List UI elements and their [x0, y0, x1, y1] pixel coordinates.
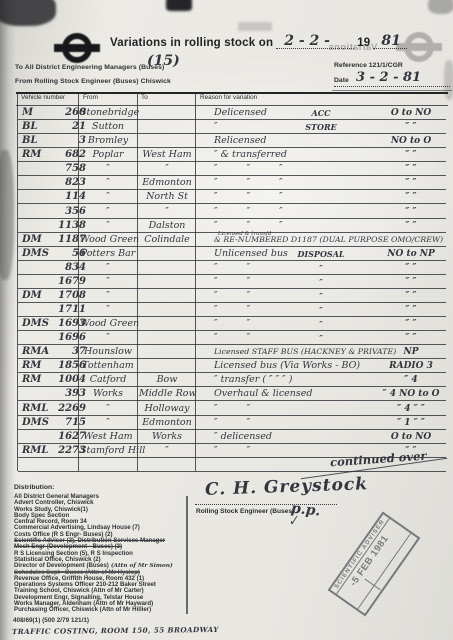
cell-vehicle-number: RMA37	[22, 346, 86, 358]
cell-from: Bromley	[80, 135, 136, 147]
cell-to: Dalston	[139, 220, 195, 232]
printed-year-prefix: 19	[357, 37, 370, 49]
cell-status: ″ ″	[378, 191, 444, 203]
cell-status: ″ ″	[378, 290, 444, 302]
cell-status: ″ 4 ″ ″	[378, 403, 444, 415]
table-row: BL3BromleyRelicensedNO to O	[18, 133, 446, 148]
handwritten-date: 3 - 2 - 81	[356, 70, 421, 85]
cell-to: West Ham	[139, 149, 195, 161]
cell-from: Poplar	[80, 149, 136, 161]
cell-note: ″	[292, 290, 350, 302]
cell-to: Colindale	[139, 234, 195, 246]
distribution-item-text: Schedules Supt - Buses (Attn of Mr Hyslo…	[14, 569, 140, 576]
vehicle-class-code: DM	[22, 290, 42, 302]
cell-reason: Licensed bus (Via Works - BO)	[214, 360, 360, 372]
cell-vehicle-number: RM682	[22, 149, 86, 161]
cell-status: ″ ″	[378, 206, 444, 218]
distribution-item-text: Purchasing Officer, Chiswick (Attn of Mr…	[14, 606, 151, 613]
table-header-row: Vehicle number From To Reason for variat…	[0, 94, 453, 105]
cell-from: Tottenham	[80, 360, 136, 372]
vehicle-class-code: RMA	[22, 346, 49, 358]
handwritten-routing-note: TRAFFIC COSTING, ROOM 150, 55 BROADWAY	[12, 625, 219, 636]
cell-to: ″	[139, 163, 195, 175]
signature: C. H. Greystock	[205, 474, 369, 500]
cell-vehicle-number: DMS715	[22, 417, 86, 429]
cell-reason: ″ ″	[214, 403, 250, 415]
cell-note: ″	[292, 262, 350, 274]
cell-from: ″	[80, 290, 136, 302]
vehicle-class-code: RM	[22, 149, 41, 161]
cell-from: ″	[80, 417, 136, 429]
scan-smudge	[0, 0, 56, 26]
cell-from: Stonebridge	[80, 107, 136, 119]
column-header-vehicle-number: Vehicle number	[21, 94, 65, 101]
table-row: DM1708″″ ″″″ ″	[18, 288, 446, 303]
scan-smudge	[238, 22, 272, 31]
cell-from: West Ham	[80, 431, 136, 443]
cell-reason: ″ delicensed	[214, 431, 272, 443]
cell-vehicle-number: 1627	[22, 431, 86, 443]
cell-reason: Unlicensed bus	[214, 248, 288, 260]
vehicle-class-code: BL	[22, 135, 37, 147]
cell-vehicle-number: 114	[22, 191, 86, 203]
cell-note: ″	[292, 304, 350, 316]
table-row: 114″North St″ ″ ″″ ″	[18, 189, 446, 204]
table-row: 356″″″ ″ ″″ ″	[18, 203, 446, 218]
cell-reason: ″ ″ ″	[214, 177, 283, 189]
date-label: Date	[334, 77, 349, 84]
vehicle-class-code: M	[22, 107, 33, 119]
cell-reason: ″ & transferred	[214, 149, 287, 161]
cell-vehicle-number: RM1004	[22, 374, 86, 386]
table-row: DMS1693Wood Green″ ″″″ ″	[18, 316, 446, 331]
cell-to: Middle Row	[139, 388, 195, 400]
cell-reason-annotation: Licensed & transfd	[218, 231, 271, 237]
cell-status: ″ ″	[378, 220, 444, 232]
cell-reason: ″ ″ ″	[214, 163, 283, 175]
cell-from: ″	[80, 177, 136, 189]
cell-vehicle-number: 1679	[22, 276, 86, 288]
column-header-from: From	[83, 94, 98, 101]
cell-vehicle-number: 1696	[22, 332, 86, 344]
scan-smudge	[428, 0, 453, 14]
from-address-line: From Rolling Stock Engineer (Buses) Chis…	[15, 78, 171, 85]
column-header-reason: Reason for variation	[200, 94, 257, 101]
table-row: 823″Edmonton″ ″ ″″ ″	[18, 175, 446, 190]
cell-from: Wood Green	[80, 318, 136, 330]
document-title-line: Variations in rolling stock on 2 - 2 - 1…	[110, 36, 407, 49]
page-title: Variations in rolling stock on	[110, 37, 273, 49]
vehicle-class-code: RML	[22, 403, 48, 415]
cell-vehicle-number: 758	[22, 163, 86, 175]
cell-from: Potters Bar	[80, 248, 136, 260]
cell-from: ″	[80, 403, 136, 415]
cell-status: ″ ″	[378, 163, 444, 175]
cell-status: O to NO	[378, 431, 444, 443]
reference-number: Reference 121/1/CGR	[334, 62, 403, 69]
cell-from: ″	[80, 262, 136, 274]
cell-from: Wood Green	[80, 234, 136, 246]
cell-vehicle-number: RM1856	[22, 360, 86, 372]
cell-note: ″	[292, 276, 350, 288]
cell-note: ACC	[292, 107, 350, 119]
vehicle-class-code: DM	[22, 234, 42, 246]
cell-reason: ″ ″	[214, 304, 250, 316]
cell-reason: Relicensed	[214, 135, 267, 147]
table-row: RM1004CatfordBow″ transfer ( ″ ″ ″ )″ 4	[18, 372, 446, 387]
cell-reason: Licensed STAFF BUS (HACKNEY & PRIVATE)	[214, 346, 396, 358]
table-row: RM1856TottenhamLicensed bus (Via Works -…	[18, 358, 446, 373]
table-row: DMS715″Edmonton″ ″″ 1 ″ ″	[18, 415, 446, 430]
to-address-line: To All District Engineering Managers (Bu…	[15, 64, 164, 71]
cell-status: ″ ″	[378, 121, 444, 133]
cell-reason: ″ ″	[214, 417, 250, 429]
cell-vehicle-number: 823	[22, 177, 86, 189]
cell-status: NO to O	[378, 135, 444, 147]
scientific-adviser-date-stamp: SCIENTIFIC ADVISER -5 FEB 1981	[328, 511, 421, 616]
cell-reason: Delicensed	[214, 107, 267, 119]
distribution-list: All District General ManagersAdvert Cont…	[14, 494, 184, 614]
table-row: 834″″ ″″″ ″	[18, 260, 446, 275]
form-number: 408/69(1) (500 2/79 121/1)	[13, 617, 89, 624]
handwritten-year: 81	[381, 33, 400, 49]
variations-table: Vehicle number From To Reason for variat…	[0, 92, 453, 471]
vehicle-class-code: BL	[22, 121, 37, 133]
cell-reason: ″ ″	[214, 276, 250, 288]
title-date-dotted-line: 2 - 2 -	[276, 36, 354, 49]
cell-vehicle-number: 1138	[22, 220, 86, 232]
cell-from: Hounslow	[80, 346, 136, 358]
cell-status: ″ ″	[378, 276, 444, 288]
table-row: 1696″″ ″″″ ″	[18, 330, 446, 345]
column-header-to: To	[141, 94, 148, 101]
cell-status: ″ ″	[378, 177, 444, 189]
cell-status: ″ ″	[378, 332, 444, 344]
cell-reason: ″ ″	[214, 445, 250, 457]
cell-from: Catford	[80, 374, 136, 386]
cell-note: ″	[292, 318, 350, 330]
london-transport-roundel-logo	[54, 33, 100, 63]
cell-status: NO to NP	[378, 248, 444, 260]
cell-reason: ″	[214, 121, 218, 133]
cell-to: ″	[139, 445, 195, 457]
table-row: RM682PoplarWest Ham″ & transferred″ ″	[18, 147, 446, 162]
table-row: DMS56Potters BarUnlicensed busDISPOSALNO…	[18, 246, 446, 261]
cell-from: Stamford Hill	[80, 445, 136, 457]
table-row: RML2269″Holloway″ ″″ 4 ″ ″	[18, 400, 446, 415]
cell-status: ″ 1 ″ ″	[378, 417, 444, 429]
table-row: 1711″″ ″″″ ″	[18, 302, 446, 317]
cell-vehicle-number: DM1708	[22, 290, 86, 302]
cell-from: ″	[80, 191, 136, 203]
cell-from: ″	[80, 163, 136, 175]
cell-note: DISPOSAL	[292, 248, 350, 260]
table-row: DM1187Wood GreenColindale& RE-NUMBERED D…	[18, 232, 446, 247]
table-row: BL21Sutton″STORE″ ″	[18, 119, 446, 134]
cell-vehicle-number: RML2273	[22, 445, 86, 457]
cell-vehicle-number: M260	[22, 107, 86, 119]
cell-reason: ″ ″	[214, 318, 250, 330]
cell-status: O to NO	[378, 107, 444, 119]
cell-status: ″ 4 NO to O	[378, 388, 444, 400]
vehicle-class-code: RM	[22, 360, 41, 372]
date-underline	[332, 90, 452, 91]
cell-status: RADIO 3	[378, 360, 444, 372]
footer-divider	[186, 496, 188, 614]
cell-vehicle-number: 356	[22, 206, 86, 218]
title-year-dotted-line: 81	[373, 36, 407, 49]
table-row: RMA37HounslowLicensed STAFF BUS (HACKNEY…	[18, 344, 446, 359]
cell-from: Works	[80, 388, 136, 400]
cell-to: Edmonton	[139, 417, 195, 429]
cell-vehicle-number: 393	[22, 388, 86, 400]
cell-from: ″	[80, 304, 136, 316]
cell-status: ″ ″	[378, 262, 444, 274]
cell-from: ″	[80, 332, 136, 344]
cell-to: Bow	[139, 374, 195, 386]
cell-from: ″	[80, 276, 136, 288]
cell-vehicle-number: BL21	[22, 121, 86, 133]
cell-from: ″	[80, 206, 136, 218]
cell-reason: ″ ″	[214, 262, 250, 274]
cell-vehicle-number: BL3	[22, 135, 86, 147]
cell-note: ″	[292, 332, 350, 344]
cell-vehicle-number: RML2269	[22, 403, 86, 415]
distribution-heading: Distribution:	[14, 484, 54, 491]
cell-to: ″	[139, 206, 195, 218]
cell-vehicle-number: DM1187	[22, 234, 86, 246]
cell-from: Sutton	[80, 121, 136, 133]
vehicle-class-code: DMS	[22, 248, 49, 260]
handwritten-day-month: 2 - 2 -	[284, 33, 330, 49]
cell-vehicle-number: DMS1693	[22, 318, 86, 330]
cell-vehicle-number: 1711	[22, 304, 86, 316]
cell-to: Works	[139, 431, 195, 443]
scan-smudge	[166, 0, 192, 11]
cell-status: ″ ″	[378, 149, 444, 161]
distribution-item: Purchasing Officer, Chiswick (Attn of Mr…	[14, 607, 184, 613]
cell-status: ″ ″	[378, 304, 444, 316]
cell-note: STORE	[292, 121, 350, 133]
vehicle-class-code: DMS	[22, 417, 49, 429]
table-row: 393WorksMiddle RowOverhaul & licensed″ 4…	[18, 386, 446, 401]
cell-reason: Overhaul & licensed	[214, 388, 312, 400]
cell-reason: ″ ″	[214, 332, 250, 344]
cell-reason: ″ ″ ″	[214, 191, 283, 203]
vehicle-class-code: RML	[22, 445, 48, 457]
cell-status: ″ ″	[378, 318, 444, 330]
cell-status: NP	[378, 346, 444, 358]
cell-status: ″ 4	[378, 374, 444, 386]
roundel-bar	[54, 44, 100, 52]
cell-reason: ″ ″	[214, 290, 250, 302]
scanned-document-page: Variations Variations in rolling stock o…	[0, 0, 453, 640]
cell-to: Holloway	[139, 403, 195, 415]
vehicle-class-code: DMS	[22, 318, 49, 330]
table-row: 1627West HamWorks″ delicensedO to NO	[18, 429, 446, 444]
cell-from: ″	[80, 220, 136, 232]
handwritten-recipient-count: (15)	[147, 53, 180, 69]
table-row: 758″″″ ″ ″″ ″	[18, 161, 446, 176]
table-row: 1679″″ ″″″ ″	[18, 274, 446, 289]
cell-vehicle-number: 834	[22, 262, 86, 274]
cell-reason: ″ transfer ( ″ ″ ″ )	[214, 374, 292, 386]
cell-to: Edmonton	[139, 177, 195, 189]
cell-reason: ″ ″ ″	[214, 206, 283, 218]
table-row: M260StonebridgeDelicensedACCO to NO	[18, 105, 446, 120]
cell-vehicle-number: DMS56	[22, 248, 86, 260]
vehicle-class-code: RM	[22, 374, 41, 386]
cell-to: North St	[139, 191, 195, 203]
date-dotted-line	[334, 86, 450, 87]
signature-role: Rolling Stock Engineer (Buses)	[196, 508, 294, 515]
